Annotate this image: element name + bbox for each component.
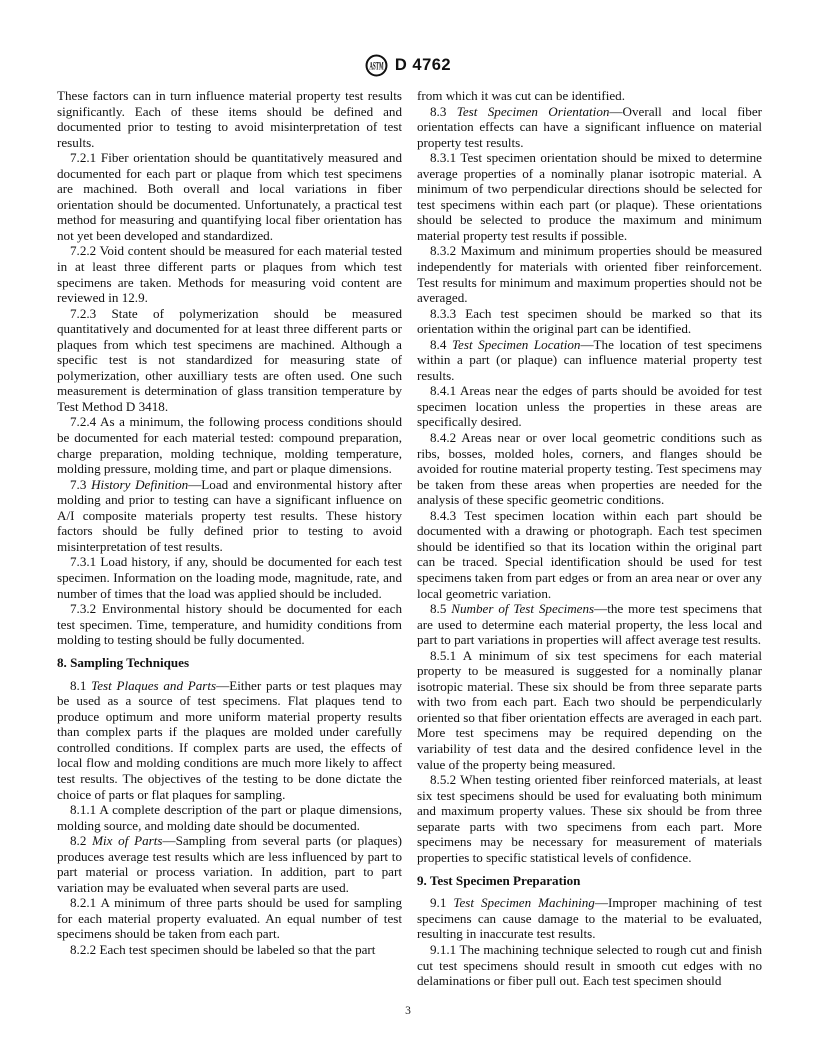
section-heading: 8. Sampling Techniques (57, 655, 402, 671)
text-run: 8.4 (430, 337, 452, 352)
text-run: 8.1 (70, 678, 91, 693)
text-run: 7.3 (70, 477, 91, 492)
text-run: 8.2.1 A minimum of three parts should be… (57, 895, 402, 941)
text-run: 7.2.2 Void content should be measured fo… (57, 243, 402, 305)
svg-text:ASTM: ASTM (369, 61, 384, 73)
italic-run: Number of Test Specimens (451, 601, 594, 616)
paragraph: from which it was cut can be identified. (417, 88, 762, 104)
paragraph: 8.5.2 When testing oriented fiber reinfo… (417, 772, 762, 865)
section-heading: 9. Test Specimen Preparation (417, 873, 762, 889)
text-run: These factors can in turn influence mate… (57, 88, 402, 150)
paragraph: 8.4.3 Test specimen location within each… (417, 508, 762, 601)
paragraph: 7.3.2 Environmental history should be do… (57, 601, 402, 648)
paragraph: 7.3.1 Load history, if any, should be do… (57, 554, 402, 601)
text-run: 9. Test Specimen Preparation (417, 873, 580, 888)
paragraph: 8.3.1 Test specimen orientation should b… (417, 150, 762, 243)
astm-logo-icon: ASTM (365, 54, 388, 77)
text-run: 7.3.2 Environmental history should be do… (57, 601, 402, 647)
paragraph: 9.1 Test Specimen Machining—Improper mac… (417, 895, 762, 942)
italic-run: Test Specimen Location (452, 337, 581, 352)
paragraph: 8.1.1 A complete description of the part… (57, 802, 402, 833)
right-column: from which it was cut can be identified.… (417, 88, 762, 989)
text-columns: These factors can in turn influence mate… (57, 88, 762, 989)
paragraph: 7.3 History Definition—Load and environm… (57, 477, 402, 555)
paragraph: These factors can in turn influence mate… (57, 88, 402, 150)
text-run: 8.4.1 Areas near the edges of parts shou… (417, 383, 762, 429)
paragraph: 8.3.2 Maximum and minimum properties sho… (417, 243, 762, 305)
text-run: 8.3.1 Test specimen orientation should b… (417, 150, 762, 243)
paragraph: 8.4.1 Areas near the edges of parts shou… (417, 383, 762, 430)
text-run: —Either parts or test plaques may be use… (57, 678, 402, 802)
italic-run: Test Specimen Orientation (457, 104, 610, 119)
text-run: 8.5.1 A minimum of six test specimens fo… (417, 648, 762, 772)
paragraph: 8.5 Number of Test Specimens—the more te… (417, 601, 762, 648)
italic-run: Test Plaques and Parts (91, 678, 216, 693)
text-run: 8. Sampling Techniques (57, 655, 189, 670)
text-run: 8.5 (430, 601, 451, 616)
italic-run: Test Specimen Machining (453, 895, 595, 910)
left-column: These factors can in turn influence mate… (57, 88, 402, 989)
text-run: 8.3.3 Each test specimen should be marke… (417, 306, 762, 337)
paragraph: 8.4.2 Areas near or over local geometric… (417, 430, 762, 508)
text-run: 9.1.1 The machining technique selected t… (417, 942, 762, 988)
paragraph: 8.2.2 Each test specimen should be label… (57, 942, 402, 958)
paragraph: 9.1.1 The machining technique selected t… (417, 942, 762, 989)
paragraph: 7.2.4 As a minimum, the following proces… (57, 414, 402, 476)
text-run: 7.2.3 State of polymerization should be … (57, 306, 402, 414)
text-run: 8.2.2 Each test specimen should be label… (70, 942, 375, 957)
text-run: from which it was cut can be identified. (417, 88, 625, 103)
page-header: ASTM D 4762 (0, 54, 816, 77)
paragraph: 8.3 Test Specimen Orientation—Overall an… (417, 104, 762, 151)
text-run: 8.1.1 A complete description of the part… (57, 802, 402, 833)
paragraph: 8.2.1 A minimum of three parts should be… (57, 895, 402, 942)
paragraph: 7.2.3 State of polymerization should be … (57, 306, 402, 415)
text-run: 7.2.1 Fiber orientation should be quanti… (57, 150, 402, 243)
text-run: 8.3 (430, 104, 457, 119)
text-run: 9.1 (430, 895, 453, 910)
paragraph: 8.4 Test Specimen Location—The location … (417, 337, 762, 384)
text-run: 8.3.2 Maximum and minimum properties sho… (417, 243, 762, 305)
text-run: 8.4.2 Areas near or over local geometric… (417, 430, 762, 507)
paragraph: 8.2 Mix of Parts—Sampling from several p… (57, 833, 402, 895)
text-run: 7.2.4 As a minimum, the following proces… (57, 414, 402, 476)
paragraph: 7.2.1 Fiber orientation should be quanti… (57, 150, 402, 243)
text-run: 8.4.3 Test specimen location within each… (417, 508, 762, 601)
text-run: 8.2 (70, 833, 92, 848)
paragraph: 7.2.2 Void content should be measured fo… (57, 243, 402, 305)
italic-run: Mix of Parts (92, 833, 162, 848)
document-page: ASTM D 4762 These factors can in turn in… (0, 0, 816, 1056)
paragraph: 8.1 Test Plaques and Parts—Either parts … (57, 678, 402, 802)
italic-run: History Definition (91, 477, 188, 492)
page-number: 3 (0, 1005, 816, 1017)
paragraph: 8.5.1 A minimum of six test specimens fo… (417, 648, 762, 772)
paragraph: 8.3.3 Each test specimen should be marke… (417, 306, 762, 337)
doc-number: D 4762 (395, 56, 451, 75)
text-run: 8.5.2 When testing oriented fiber reinfo… (417, 772, 762, 865)
text-run: 7.3.1 Load history, if any, should be do… (57, 554, 402, 600)
